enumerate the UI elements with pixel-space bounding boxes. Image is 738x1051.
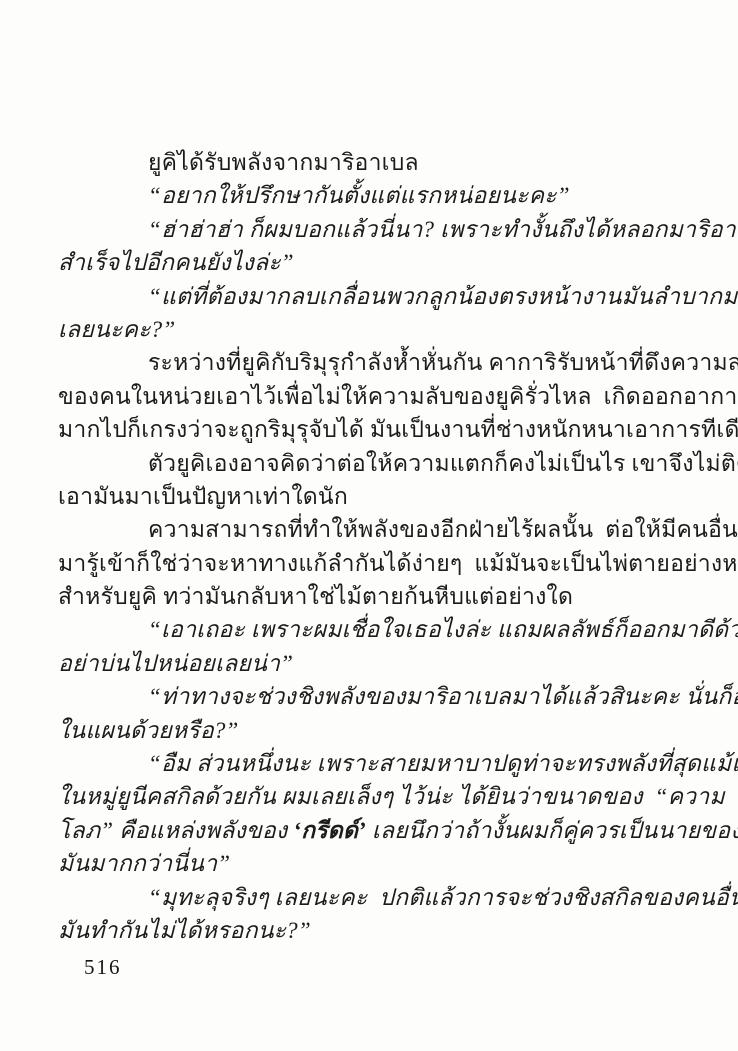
book-page: ยูคิได้รับพลังจากมาริอาเบล“อยากให้ปรึกษา… <box>0 0 738 1051</box>
text-line: ของคนในหน่วยเอาไว้เพื่อไม่ให้ความลับของย… <box>58 380 678 413</box>
text-segment: มารู้เข้าก็ใช่ว่าจะหาทางแก้ลำกันได้ง่ายๆ… <box>58 551 738 576</box>
text-line: “อืม ส่วนหนึ่งนะ เพราะสายมหาบาปดูท่าจะทร… <box>58 747 678 780</box>
text-segment: ระหว่างที่ยูคิกับริมุรุกำลังห้ำหั่นกัน ค… <box>148 350 738 375</box>
text-line: อย่าบ่นไปหน่อยเลยน่า” <box>58 647 678 680</box>
text-segment: เลยนะคะ?” <box>58 317 175 342</box>
text-segment: มากไปก็เกรงว่าจะถูกริมุรุจับได้ มันเป็นง… <box>58 417 738 442</box>
text-line: ตัวยูคิเองอาจคิดว่าต่อให้ความแตกก็คงไม่เ… <box>58 447 678 480</box>
text-segment: โลภ” คือแหล่งพลังของ <box>58 818 293 843</box>
text-segment: สำหรับยูคิ ทว่ามันกลับหาใช่ไม้ตายก้นหีบแ… <box>58 584 573 609</box>
text-line: ในแผนด้วยหรือ?” <box>58 714 678 747</box>
text-segment: “อยากให้ปรึกษากันตั้งแต่แรกหน่อยนะคะ” <box>148 183 570 208</box>
text-segment: “มุทะลุจริงๆ เลยนะคะ ปกติแล้วการจะช่วงชิ… <box>148 885 738 910</box>
text-segment: มันทำกันไม่ได้หรอกนะ?” <box>58 918 311 943</box>
text-segment: “ฮ่าฮ่าฮ่า ก็ผมบอกแล้วนี่นา? เพราะทำงั้น… <box>148 217 738 242</box>
text-line: มารู้เข้าก็ใช่ว่าจะหาทางแก้ลำกันได้ง่ายๆ… <box>58 547 678 580</box>
text-line: เอามันมาเป็นปัญหาเท่าใดนัก <box>58 480 678 513</box>
text-line: “ท่าทางจะช่วงชิงพลังของมาริอาเบลมาได้แล้… <box>58 680 678 713</box>
text-line: มากไปก็เกรงว่าจะถูกริมุรุจับได้ มันเป็นง… <box>58 413 678 446</box>
text-line: ยูคิได้รับพลังจากมาริอาเบล <box>58 146 678 179</box>
text-line: เลยนะคะ?” <box>58 313 678 346</box>
text-line: มันทำกันไม่ได้หรอกนะ?” <box>58 914 678 947</box>
text-segment: ตัวยูคิเองอาจคิดว่าต่อให้ความแตกก็คงไม่เ… <box>148 451 738 476</box>
text-line: มันมากกว่านี่นา” <box>58 847 678 880</box>
text-segment: ความสามารถที่ทำให้พลังของอีกฝ่ายไร้ผลนั้… <box>148 517 738 542</box>
text-line: “อยากให้ปรึกษากันตั้งแต่แรกหน่อยนะคะ” <box>58 179 678 212</box>
text-segment: มันมากกว่านี่นา” <box>58 851 230 876</box>
text-line: “เอาเถอะ เพราะผมเชื่อใจเธอไงล่ะ แถมผลลัพ… <box>58 613 678 646</box>
text-line: “ฮ่าฮ่าฮ่า ก็ผมบอกแล้วนี่นา? เพราะทำงั้น… <box>58 213 678 246</box>
text-segment: “ท่าทางจะช่วงชิงพลังของมาริอาเบลมาได้แล้… <box>148 684 738 709</box>
text-segment: อย่าบ่นไปหน่อยเลยน่า” <box>58 651 293 676</box>
emphasized-term: ‘กรีดด์’ <box>293 818 366 843</box>
text-segment: สำเร็จไปอีกคนยังไงล่ะ” <box>58 250 294 275</box>
text-segment: เอามันมาเป็นปัญหาเท่าใดนัก <box>58 484 348 509</box>
text-line: “มุทะลุจริงๆ เลยนะคะ ปกติแล้วการจะช่วงชิ… <box>58 881 678 914</box>
text-segment: “อืม ส่วนหนึ่งนะ เพราะสายมหาบาปดูท่าจะทร… <box>148 751 738 776</box>
text-segment: “เอาเถอะ เพราะผมเชื่อใจเธอไงล่ะ แถมผลลัพ… <box>148 617 738 642</box>
text-segment: ยูคิได้รับพลังจากมาริอาเบล <box>148 150 419 175</box>
text-segment: ในแผนด้วยหรือ?” <box>58 718 239 743</box>
text-segment: เลยนึกว่าถ้างั้นผมก็คู่ควรเป็นนายของ <box>366 818 738 843</box>
text-line: ระหว่างที่ยูคิกับริมุรุกำลังห้ำหั่นกัน ค… <box>58 346 678 379</box>
text-line: ในหมู่ยูนีคสกิลด้วยกัน ผมเลยเล็งๆ ไว้น่ะ… <box>58 780 678 813</box>
text-line: สำหรับยูคิ ทว่ามันกลับหาใช่ไม้ตายก้นหีบแ… <box>58 580 678 613</box>
text-block: ยูคิได้รับพลังจากมาริอาเบล“อยากให้ปรึกษา… <box>58 146 678 947</box>
text-line: สำเร็จไปอีกคนยังไงล่ะ” <box>58 246 678 279</box>
text-line: “แต่ที่ต้องมากลบเกลื่อนพวกลูกน้องตรงหน้า… <box>58 280 678 313</box>
text-segment: ในหมู่ยูนีคสกิลด้วยกัน ผมเลยเล็งๆ ไว้น่ะ… <box>58 784 725 809</box>
text-segment: “แต่ที่ต้องมากลบเกลื่อนพวกลูกน้องตรงหน้า… <box>148 284 738 309</box>
text-line: โลภ” คือแหล่งพลังของ ‘กรีดด์’ เลยนึกว่าถ… <box>58 814 678 847</box>
page-number: 516 <box>84 954 122 980</box>
text-line: ความสามารถที่ทำให้พลังของอีกฝ่ายไร้ผลนั้… <box>58 513 678 546</box>
text-segment: ของคนในหน่วยเอาไว้เพื่อไม่ให้ความลับของย… <box>58 384 738 409</box>
